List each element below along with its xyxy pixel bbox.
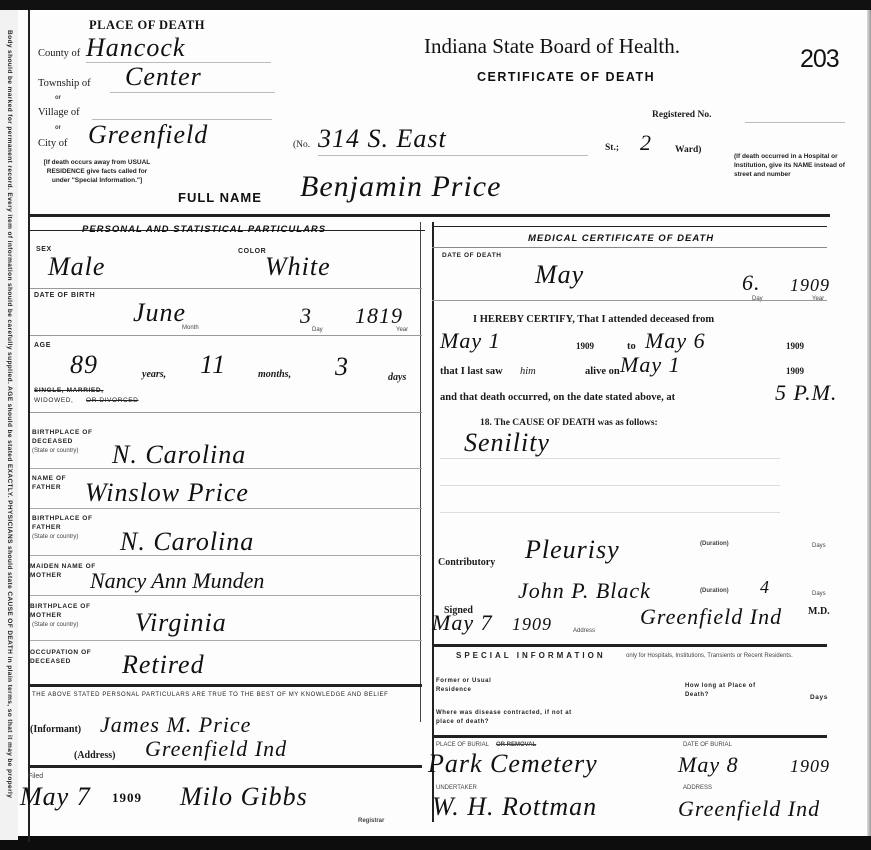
row-divider [30, 555, 422, 556]
informant-address-value: Greenfield Ind [145, 736, 287, 762]
informant-value: James M. Price [100, 712, 251, 738]
contributory-duration: 4 [760, 577, 770, 598]
state-or-country-caption: (State or country) [32, 448, 78, 454]
year-caption: Year [812, 296, 824, 302]
column-divider [432, 222, 434, 822]
burial-place-label: PLACE OF BURIAL [436, 742, 489, 748]
day-caption: Day [752, 296, 763, 302]
row-divider [30, 595, 422, 596]
marital-struck: SINGLE, MARRIED, [34, 387, 104, 394]
father-birthplace-label: BIRTHPLACE OF FATHER [32, 514, 112, 532]
physician-signature: John P. Black [518, 578, 651, 604]
physician-address: Greenfield Ind [640, 604, 782, 630]
age-years: 89 [70, 350, 98, 380]
last-saw-text: that I last saw [440, 366, 503, 377]
years-caption: years, [142, 369, 166, 380]
father-value: Winslow Price [85, 478, 249, 508]
filed-date: May 7 [20, 782, 91, 812]
age-label: AGE [34, 342, 51, 349]
birthplace-value: N. Carolina [112, 440, 246, 470]
duration-label: (Duration) [700, 541, 729, 547]
contributory-value: Pleurisy [525, 535, 620, 565]
signed-year: 1909 [512, 614, 552, 635]
dob-label: DATE OF BIRTH [34, 292, 95, 299]
death-certificate: Body should be marked for permanent reco… [0, 0, 871, 850]
ward-value: 2 [640, 130, 652, 156]
alive-on-label: alive on [585, 366, 620, 377]
undertaker-label: UNDERTAKER [436, 785, 477, 791]
year-caption: Year [396, 327, 408, 333]
informant-address-label: (Address) [74, 750, 115, 761]
city-label: City of [38, 138, 67, 149]
place-of-death-heading: PLACE OF DEATH [89, 18, 205, 33]
registrar-name: Milo Gibbs [180, 782, 308, 812]
row-divider [432, 247, 827, 248]
marital-struck-2: OR DIVORCED [86, 397, 138, 404]
occupation-value: Retired [122, 650, 205, 680]
special-info-heading: SPECIAL INFORMATION [456, 651, 606, 660]
dob-month: June [133, 298, 186, 328]
burial-date-label: DATE OF BURIAL [683, 742, 732, 748]
attended-from-year: 1909 [576, 341, 594, 351]
undertaker-address-value: Greenfield Ind [678, 796, 820, 822]
marital-status: WIDOWED, [34, 397, 73, 404]
filing-divider [30, 765, 422, 768]
days-label: Days [812, 543, 826, 549]
color-label: COLOR [238, 248, 266, 255]
state-or-country-caption: (State or country) [32, 534, 78, 540]
personal-heading: PERSONAL AND STATISTICAL PARTICULARS [82, 224, 326, 235]
st-label: St.; [605, 143, 619, 153]
attended-to-year: 1909 [786, 341, 804, 351]
scan-top-edge [0, 0, 871, 10]
date-of-death-year: 1909 [790, 275, 830, 296]
township-value: Center [125, 62, 202, 92]
father-label: NAME OF FATHER [32, 474, 92, 492]
mother-value: Nancy Ann Munden [90, 568, 264, 594]
occupation-label: OCCUPATION OF DECEASED [30, 648, 110, 666]
full-name-label: FULL NAME [178, 190, 262, 205]
pronoun-value: him [520, 366, 536, 377]
burial-place-value: Park Cemetery [428, 749, 598, 779]
county-label: County of [38, 48, 80, 59]
color-value: White [265, 252, 331, 282]
institution-note: (If death occurred in a Hospital or Inst… [734, 152, 852, 179]
days-caption: days [388, 372, 406, 383]
cause-of-death-value: Senility [464, 428, 550, 458]
age-days: 3 [335, 352, 349, 382]
signed-date: May 7 [432, 610, 493, 636]
usual-residence-note: [If death occurs away from USUAL RESIDEN… [38, 158, 156, 185]
or-text: or [55, 95, 61, 101]
months-caption: months, [258, 369, 291, 380]
medical-heading: MEDICAL CERTIFICATE OF DEATH [528, 233, 714, 244]
burial-year-value: 1909 [790, 756, 830, 777]
mother-birthplace-label: BIRTHPLACE OF MOTHER [30, 602, 110, 620]
street-value: 314 S. East [318, 124, 447, 154]
undertaker-address-label: ADDRESS [683, 785, 712, 791]
death-time-value: 5 P.M. [775, 380, 837, 406]
row-divider [30, 335, 422, 336]
scan-bottom-edge [0, 836, 871, 850]
row-divider [30, 288, 422, 289]
date-of-death-day: 6. [742, 270, 761, 296]
or-text-2: or [55, 125, 61, 131]
father-birthplace-value: N. Carolina [120, 527, 254, 557]
county-value: Hancock [86, 33, 185, 63]
special-divider [432, 644, 827, 647]
contributory-label: Contributory [438, 557, 495, 568]
row-divider [432, 300, 827, 301]
full-name-value: Benjamin Price [300, 170, 501, 204]
cause-of-death-text: 18. The CAUSE OF DEATH was as follows: [480, 418, 658, 428]
physician-address-label: Address [573, 628, 595, 634]
age-months: 11 [200, 350, 226, 380]
header-divider [30, 214, 830, 217]
how-long-days-label: Days [810, 694, 828, 701]
left-border [28, 10, 30, 842]
scan-right-edge [867, 10, 871, 840]
filed-label: Filed [28, 773, 43, 780]
registered-no-label: Registered No. [652, 110, 711, 120]
disease-contracted-label: Where was disease contracted, if not at … [436, 709, 576, 727]
ward-label: Ward) [675, 145, 701, 155]
certificate-title: CERTIFICATE OF DEATH [477, 70, 655, 84]
street-no-label: (No. [293, 140, 310, 150]
township-label: Township of [38, 78, 91, 89]
death-time-text: and that death occurred, on the date sta… [440, 392, 675, 403]
date-of-death-month: May [535, 260, 584, 290]
margin-strip: Body should be marked for permanent reco… [0, 10, 18, 840]
mother-birthplace-value: Virginia [135, 608, 227, 638]
days-label-2: Days [812, 591, 826, 597]
burial-removal-struck: OR REMOVAL [496, 742, 536, 748]
attended-to-value: May 6 [645, 328, 706, 354]
to-label: to [627, 341, 636, 352]
left-section-border [420, 222, 421, 722]
birthplace-label: BIRTHPLACE OF DECEASED [32, 428, 117, 446]
filed-year: 1909 [112, 790, 142, 806]
dob-day: 3 [300, 303, 312, 329]
date-of-death-label: DATE OF DEATH [442, 252, 502, 259]
row-divider [30, 468, 422, 469]
informant-label: (Informant) [30, 724, 81, 735]
undertaker-value: W. H. Rottman [432, 792, 597, 822]
township-line [110, 92, 275, 93]
burial-date-value: May 8 [678, 752, 739, 778]
dob-year: 1819 [355, 303, 403, 329]
burial-divider [432, 735, 827, 738]
how-long-label: How long at Place of Death? [685, 682, 765, 700]
row-divider [30, 412, 422, 413]
row-divider [30, 640, 422, 641]
certificate-number: 203 [800, 45, 839, 74]
row-divider [30, 508, 422, 509]
special-info-note: only for Hospitals, Institutions, Transi… [626, 653, 831, 659]
informant-divider [30, 684, 422, 687]
registrar-label: Registrar [358, 818, 384, 824]
sex-value: Male [48, 252, 105, 282]
former-residence-label: Former or Usual Residence [436, 677, 516, 695]
certify-statement: I HEREBY CERTIFY, That I attended deceas… [473, 314, 714, 325]
city-value: Greenfield [88, 120, 208, 150]
cause-line [440, 458, 780, 459]
margin-instructions: Body should be marked for permanent reco… [3, 30, 15, 830]
md-label: M.D. [808, 606, 830, 617]
duration-label-2: (Duration) [700, 588, 729, 594]
last-saw-date: May 1 [620, 352, 681, 378]
month-caption: Month [182, 325, 199, 331]
attended-from-value: May 1 [440, 328, 501, 354]
medical-top-line [432, 226, 827, 227]
cause-line [440, 512, 780, 513]
last-saw-year: 1909 [786, 366, 804, 376]
day-caption: Day [312, 327, 323, 333]
state-or-country-caption: (State or country) [32, 622, 78, 628]
cause-line [440, 485, 780, 486]
informant-statement: THE ABOVE STATED PERSONAL PARTICULARS AR… [32, 690, 412, 700]
village-label: Village of [38, 107, 80, 118]
street-line [318, 155, 588, 156]
registered-no-line [745, 122, 845, 123]
issuer-title: Indiana State Board of Health. [424, 34, 680, 59]
